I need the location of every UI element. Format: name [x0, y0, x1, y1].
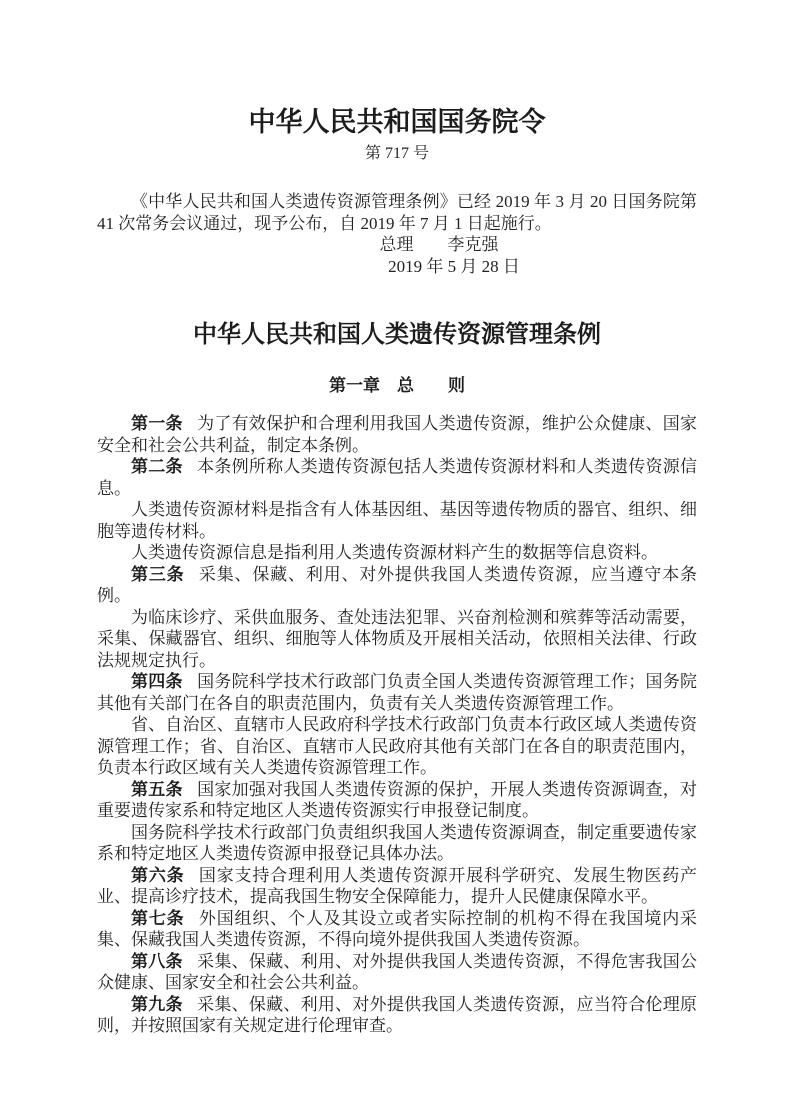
order-number: 第 717 号: [97, 143, 697, 165]
article-number: 第九条: [131, 995, 183, 1014]
article-number: 第二条: [131, 457, 183, 476]
article-text: 采集、保藏、利用、对外提供我国人类遗传资源，应当遵守本条例。: [97, 565, 697, 606]
article-text: 国家加强对我国人类遗传资源的保护，开展人类遗传资源调查，对重要遗传家系和特定地区…: [97, 780, 697, 821]
article-paragraph: 第六条国家支持合理利用人类遗传资源开展科学研究、发展生物医药产业、提高诊疗技术，…: [97, 865, 697, 908]
article-paragraph: 第四条国务院科学技术行政部门负责全国人类遗传资源管理工作；国务院其他有关部门在各…: [97, 671, 697, 714]
article-paragraph: 第八条采集、保藏、利用、对外提供我国人类遗传资源，不得危害我国公众健康、国家安全…: [97, 951, 697, 994]
article-paragraph: 为临床诊疗、采供血服务、查处违法犯罪、兴奋剂检测和殡葬等活动需要，采集、保藏器官…: [97, 607, 697, 672]
document-page: 中华人民共和国国务院令 第 717 号 《中华人民共和国人类遗传资源管理条例》已…: [0, 0, 794, 1108]
article-text: 采集、保藏、利用、对外提供我国人类遗传资源，应当符合伦理原则，并按照国家有关规定…: [97, 995, 697, 1036]
chapter-heading: 第一章 总 则: [97, 375, 697, 397]
article-text: 为了有效保护和合理利用我国人类遗传资源，维护公众健康、国家安全和社会公共利益，制…: [97, 414, 697, 455]
article-paragraph: 第二条本条例所称人类遗传资源包括人类遗传资源材料和人类遗传资源信息。: [97, 456, 697, 499]
article-number: 第三条: [131, 565, 184, 584]
article-text: 国务院科学技术行政部门负责组织我国人类遗传资源调查，制定重要遗传家系和特定地区人…: [97, 823, 697, 864]
article-text: 国家支持合理利用人类遗传资源开展科学研究、发展生物医药产业、提高诊疗技术，提高我…: [97, 866, 697, 907]
article-number: 第六条: [131, 866, 184, 885]
signature-line: 总理 李克强: [139, 234, 739, 256]
article-paragraph: 第九条采集、保藏、利用、对外提供我国人类遗传资源，应当符合伦理原则，并按照国家有…: [97, 994, 697, 1037]
article-text: 人类遗传资源材料是指含有人体基因组、基因等遗传物质的器官、组织、细胞等遗传材料。: [97, 500, 697, 541]
article-text: 人类遗传资源信息是指利用人类遗传资源材料产生的数据等信息资料。: [131, 543, 658, 562]
promulgation-paragraph: 《中华人民共和国人类遗传资源管理条例》已经 2019 年 3 月 20 日国务院…: [97, 191, 697, 234]
article-number: 第一条: [131, 414, 183, 433]
law-title: 中华人民共和国人类遗传资源管理条例: [97, 319, 697, 351]
article-number: 第七条: [131, 909, 184, 928]
article-number: 第四条: [131, 672, 183, 691]
article-paragraph: 第五条国家加强对我国人类遗传资源的保护，开展人类遗传资源调查，对重要遗传家系和特…: [97, 779, 697, 822]
article-text: 省、自治区、直辖市人民政府科学技术行政部门负责本行政区域人类遗传资源管理工作；省…: [97, 715, 697, 777]
article-number: 第八条: [131, 952, 183, 971]
article-paragraph: 第三条采集、保藏、利用、对外提供我国人类遗传资源，应当遵守本条例。: [97, 564, 697, 607]
article-paragraph: 省、自治区、直辖市人民政府科学技术行政部门负责本行政区域人类遗传资源管理工作；省…: [97, 714, 697, 779]
order-title: 中华人民共和国国务院令: [97, 104, 697, 140]
article-paragraph: 人类遗传资源信息是指利用人类遗传资源材料产生的数据等信息资料。: [97, 542, 697, 564]
article-text: 本条例所称人类遗传资源包括人类遗传资源材料和人类遗传资源信息。: [97, 457, 697, 498]
article-text: 采集、保藏、利用、对外提供我国人类遗传资源，不得危害我国公众健康、国家安全和社会…: [97, 952, 697, 993]
articles-section: 第一条为了有效保护和合理利用我国人类遗传资源，维护公众健康、国家安全和社会公共利…: [97, 413, 697, 1037]
article-paragraph: 人类遗传资源材料是指含有人体基因组、基因等遗传物质的器官、组织、细胞等遗传材料。: [97, 499, 697, 542]
article-text: 为临床诊疗、采供血服务、查处违法犯罪、兴奋剂检测和殡葬等活动需要，采集、保藏器官…: [97, 608, 697, 670]
article-number: 第五条: [131, 780, 183, 799]
article-text: 外国组织、个人及其设立或者实际控制的机构不得在我国境内采集、保藏我国人类遗传资源…: [97, 909, 697, 950]
article-paragraph: 国务院科学技术行政部门负责组织我国人类遗传资源调查，制定重要遗传家系和特定地区人…: [97, 822, 697, 865]
article-paragraph: 第七条外国组织、个人及其设立或者实际控制的机构不得在我国境内采集、保藏我国人类遗…: [97, 908, 697, 951]
article-text: 国务院科学技术行政部门负责全国人类遗传资源管理工作；国务院其他有关部门在各自的职…: [97, 672, 697, 713]
article-paragraph: 第一条为了有效保护和合理利用我国人类遗传资源，维护公众健康、国家安全和社会公共利…: [97, 413, 697, 456]
signature-date: 2019 年 5 月 28 日: [154, 256, 754, 278]
